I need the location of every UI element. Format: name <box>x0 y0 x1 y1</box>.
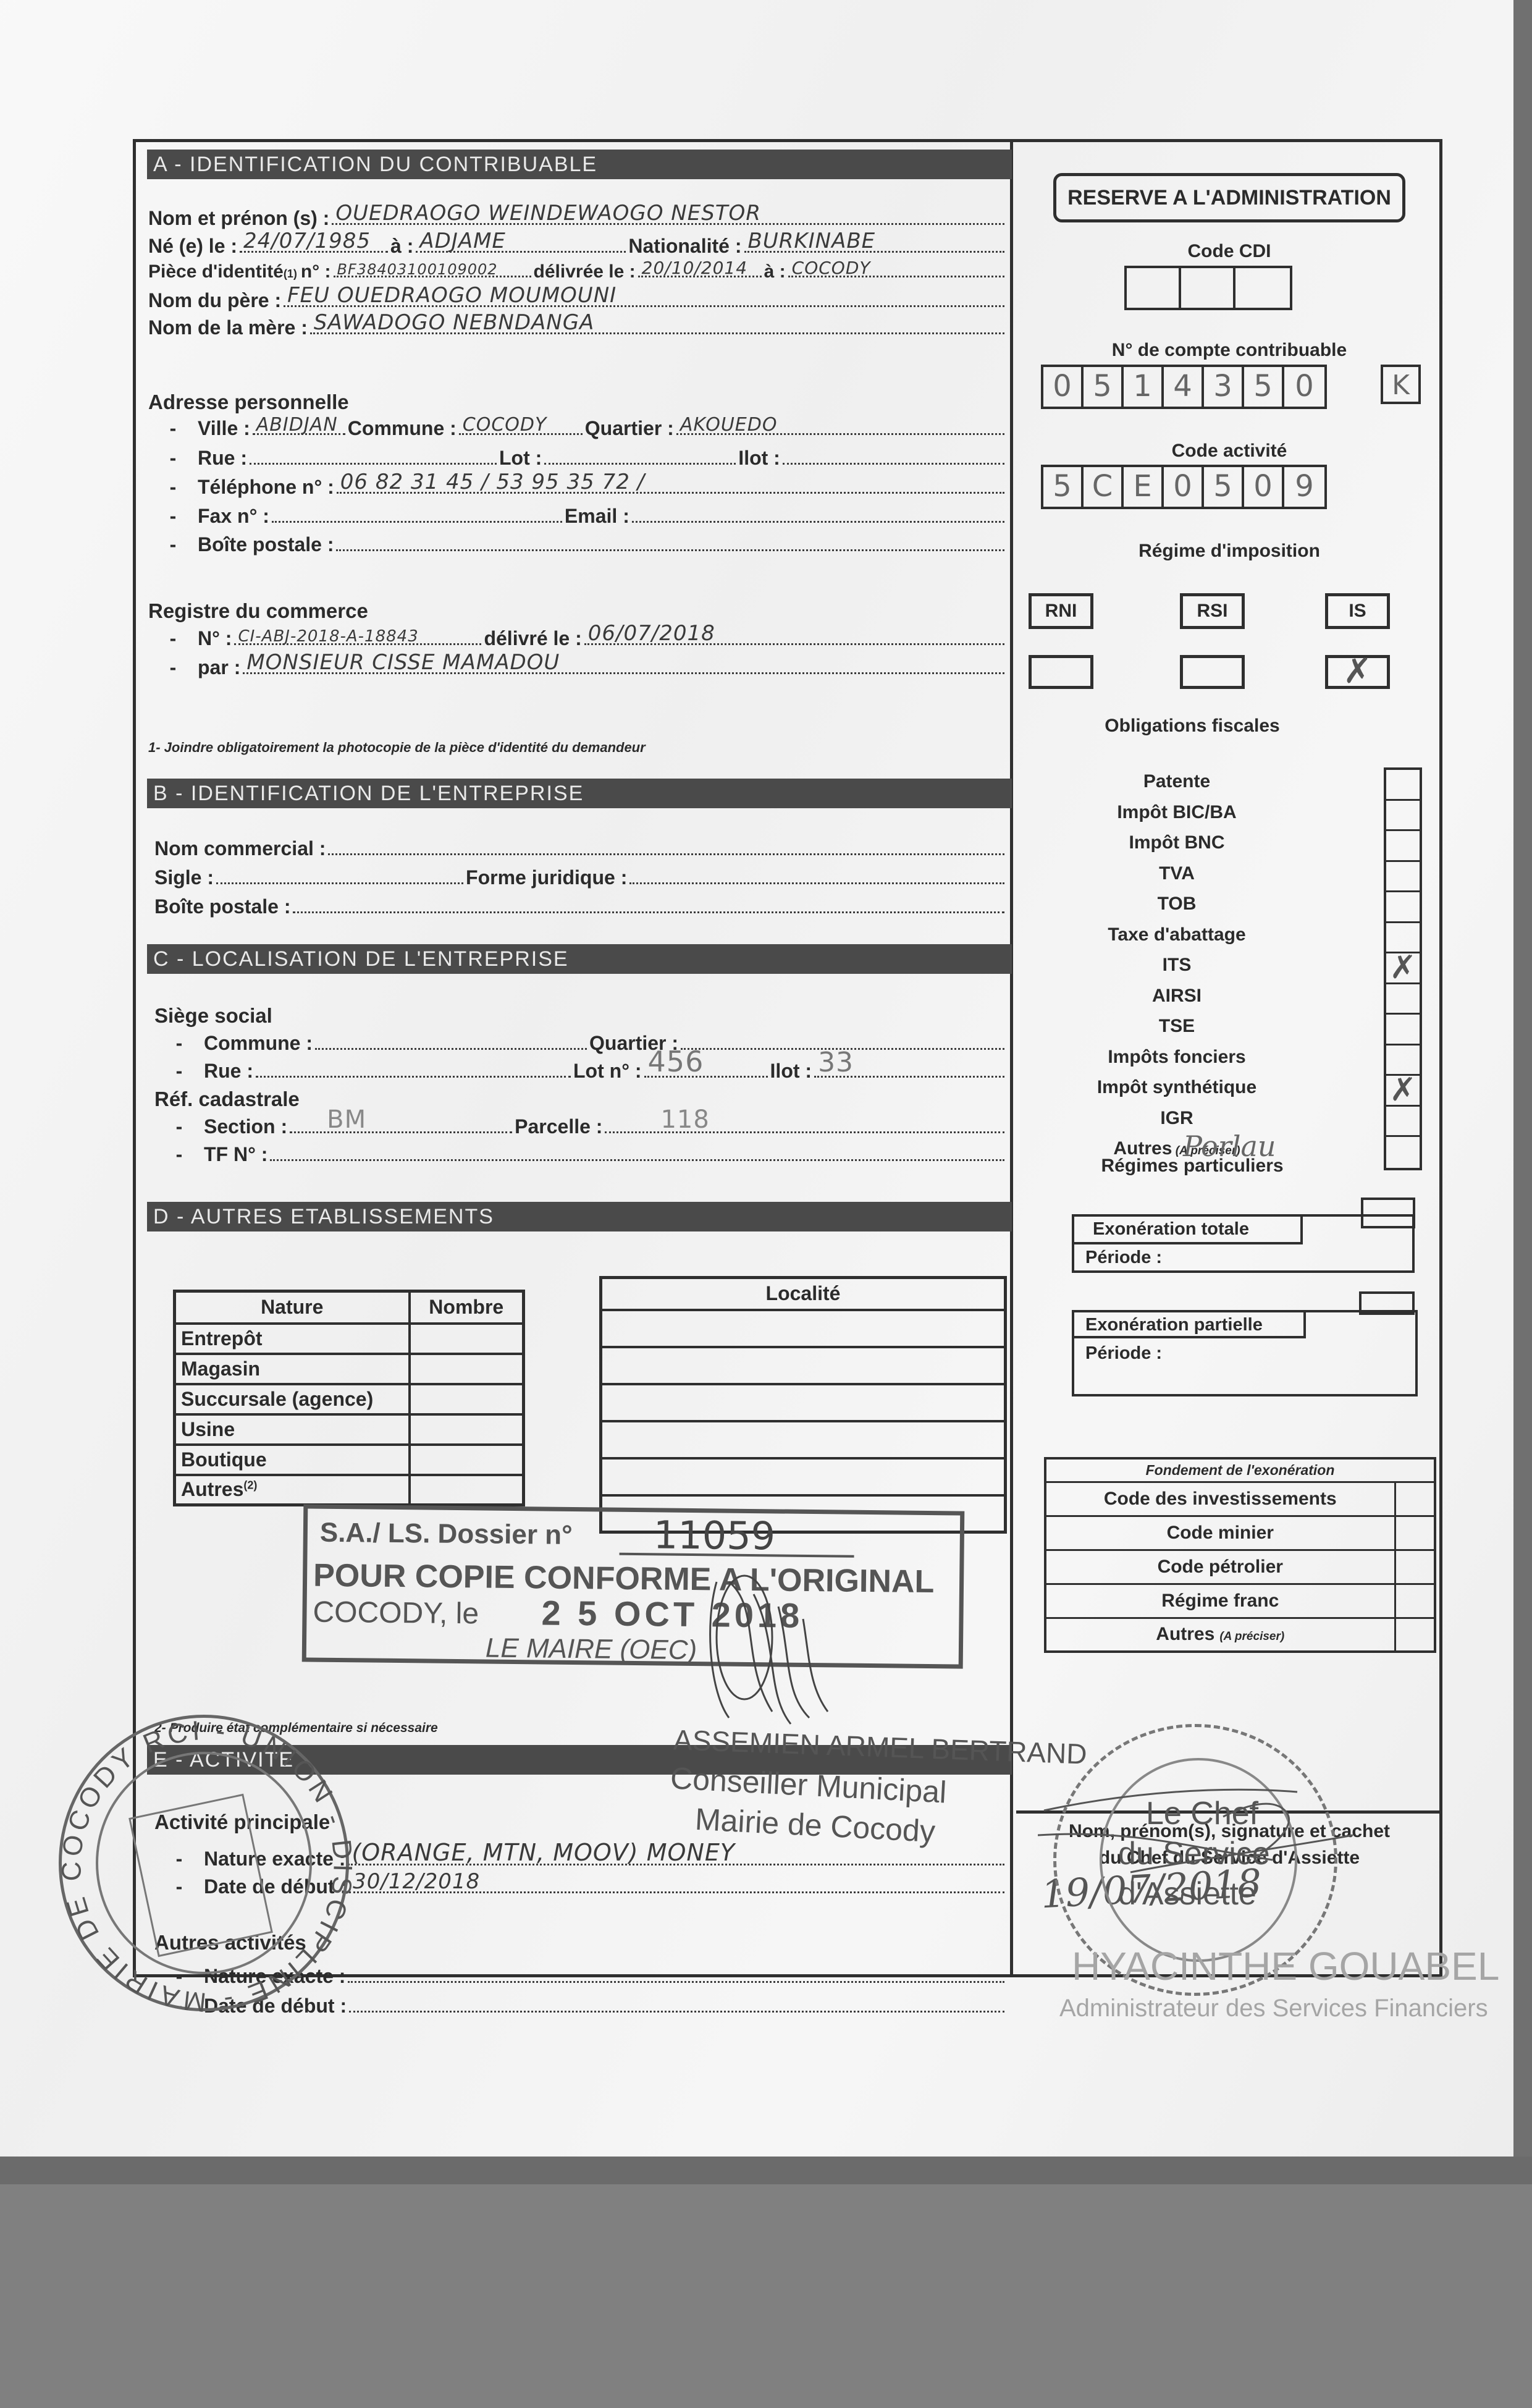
obligation-item: TOB <box>1016 889 1337 919</box>
compte-contribuable-cell[interactable]: 1 <box>1124 367 1164 407</box>
fondement-row: Code pétrolier <box>1045 1550 1435 1584</box>
forme-juridique-input[interactable] <box>629 868 1004 884</box>
compte-contribuable-cell[interactable]: 5 <box>1084 367 1124 407</box>
obligation-checkbox[interactable] <box>1386 1015 1420 1046</box>
nature-cell: Autres(2) <box>175 1475 410 1505</box>
autres-nature-input[interactable] <box>348 1967 1004 1983</box>
obligation-item: Impôts fonciers <box>1016 1042 1337 1073</box>
field-telephone: - Téléphone n° : 06 82 31 45 / 53 95 35 … <box>148 476 1007 499</box>
col-nature: Nature <box>175 1291 410 1324</box>
obligation-checkbox[interactable] <box>1386 892 1420 923</box>
fondement-row: Autres(A préciser) <box>1045 1618 1435 1652</box>
regime-checkbox-rsi[interactable] <box>1180 655 1245 689</box>
nature-cell: Boutique <box>175 1445 410 1475</box>
etablissement-row: Boutique <box>175 1445 524 1475</box>
fax-input[interactable] <box>272 507 562 523</box>
code-activite-cell[interactable]: 9 <box>1284 467 1324 507</box>
obligation-item: ITS <box>1016 950 1337 981</box>
siege-social-heading: Siège social <box>154 1004 272 1028</box>
sigle-input[interactable] <box>216 868 463 884</box>
etablissement-row: Succursale (agence) <box>175 1384 524 1414</box>
nom-pere-input[interactable]: FEU OUEDRAOGO MOUMOUNI <box>284 291 1004 307</box>
localite-row <box>601 1384 1006 1421</box>
localite-cell[interactable] <box>601 1421 1006 1458</box>
exo-totale-checkbox[interactable] <box>1361 1198 1415 1228</box>
obligation-item: TSE <box>1016 1011 1337 1042</box>
obligation-checkbox[interactable]: ✗ <box>1386 1076 1420 1107</box>
localite-row <box>601 1421 1006 1458</box>
localite-row <box>601 1310 1006 1347</box>
field-nom-commercial: Nom commercial : <box>154 837 1007 860</box>
fondement-checkbox[interactable] <box>1395 1584 1435 1618</box>
telephone-input[interactable]: 06 82 31 45 / 53 95 35 72 / <box>337 478 1004 494</box>
administrator-name: HYACINTHE GOUABEL <box>1072 1943 1499 1989</box>
chef-signature <box>1038 1767 1359 1878</box>
code-activite-label: Code activité <box>1016 441 1442 462</box>
email-input[interactable] <box>632 507 1004 523</box>
localite-cell[interactable] <box>601 1384 1006 1421</box>
field-commune-quartier-siege: - Commune : Quartier : <box>154 1032 1007 1055</box>
exo-totale-periode-label: Période : <box>1085 1248 1162 1268</box>
regime-checkbox-rni[interactable] <box>1029 655 1093 689</box>
obligations-list: PatenteImpôt BIC/BAImpôt BNCTVATOBTaxe d… <box>1016 766 1337 1164</box>
field-registre-numero: - N° : CI-ABJ-2018-A-18843 délivré le : … <box>148 627 1007 650</box>
nombre-cell[interactable] <box>410 1475 524 1505</box>
regime-checkbox-is[interactable]: ✗ <box>1325 655 1390 689</box>
compte-contribuable-cell[interactable]: 5 <box>1244 367 1284 407</box>
field-naissance: Né (e) le : 24/07/1985 à : ADJAME Nation… <box>148 235 1007 258</box>
nom-mere-input[interactable]: SAWADOGO NEBNDANGA <box>310 318 1004 334</box>
exo-partielle-box: Exonération partielle Période : <box>1072 1310 1418 1396</box>
etablissement-row: Entrepôt <box>175 1324 524 1354</box>
registre-heading: Registre du commerce <box>148 599 368 623</box>
fondement-checkbox[interactable] <box>1395 1550 1435 1584</box>
nature-exacte-input[interactable]: (ORANGE, MTN, MOOV) MONEY <box>348 1849 1004 1865</box>
field-rue-lot-ilot: - Rue : Lot : Ilot : <box>148 447 1007 470</box>
compte-contribuable-cells: 0514350 <box>1041 365 1327 409</box>
obligation-checkbox[interactable] <box>1386 1107 1420 1138</box>
field-boite-postale: - Boîte postale : <box>148 533 1007 556</box>
obligation-item: TVA <box>1016 858 1337 889</box>
obligation-item: Patente <box>1016 766 1337 797</box>
code-cdi-cells <box>1124 266 1292 310</box>
admin-title: RESERVE A L'ADMINISTRATION <box>1053 173 1405 222</box>
etablissements-table: Nature Nombre EntrepôtMagasinSuccursale … <box>173 1290 525 1506</box>
fondement-title: Fondement de l'exonération <box>1045 1458 1435 1482</box>
field-sigle-forme: Sigle : Forme juridique : <box>154 866 1007 889</box>
nom-prenoms-input[interactable]: OUEDRAOGO WEINDEWAOGO NESTOR <box>332 209 1004 225</box>
nature-cell: Usine <box>175 1414 410 1445</box>
code-activite-cell[interactable]: 0 <box>1244 467 1284 507</box>
field-fax-email: - Fax n° : Email : <box>148 505 1007 528</box>
siege-ilot-input[interactable]: 33 <box>814 1062 1004 1078</box>
ville-input[interactable]: ABIDJAN <box>253 419 345 435</box>
fondement-checkbox[interactable] <box>1395 1516 1435 1550</box>
exo-partielle-label: Exonération partielle <box>1085 1315 1263 1335</box>
exo-partielle-periode-label: Période : <box>1085 1343 1162 1364</box>
regime-label-rsi: RSI <box>1180 593 1245 629</box>
compte-contribuable-cell[interactable]: 0 <box>1284 367 1324 407</box>
scan-shadow-strip <box>0 2157 1532 2184</box>
etablissement-row: Magasin <box>175 1354 524 1384</box>
cadastre-section-input[interactable]: BM <box>290 1117 512 1133</box>
compte-contribuable-cell[interactable]: 0 <box>1043 367 1084 407</box>
nature-cell: Magasin <box>175 1354 410 1384</box>
obligations-label: Obligations fiscales <box>979 716 1405 737</box>
code-cdi-label: Code CDI <box>1016 241 1442 262</box>
field-nom-mere: Nom de la mère : SAWADOGO NEBNDANGA <box>148 316 1007 339</box>
obligation-checkbox[interactable] <box>1386 801 1420 832</box>
etablissement-row: Autres(2) <box>175 1475 524 1505</box>
field-section-parcelle: - Section : BM Parcelle : 118 <box>154 1115 1007 1138</box>
field-tf: - TF N° : <box>154 1143 1007 1166</box>
obligation-item: IGR <box>1016 1103 1337 1134</box>
localite-cell[interactable] <box>601 1347 1006 1384</box>
regime-label-rni: RNI <box>1029 593 1093 629</box>
code-cdi-cell[interactable] <box>1181 268 1235 308</box>
code-activite-cell[interactable]: 5 <box>1204 467 1244 507</box>
fondement-checkbox[interactable] <box>1395 1482 1435 1516</box>
nombre-cell[interactable] <box>410 1414 524 1445</box>
mairie-seal: MAIRIE DE COCODY RCI - UNION - DISCIPLIN… <box>59 1715 349 2011</box>
obligation-item: Impôt BNC <box>1016 827 1337 858</box>
registre-par-input[interactable]: MONSIEUR CISSE MAMADOU <box>243 658 1004 674</box>
code-cdi-cell[interactable] <box>1127 268 1181 308</box>
field-boite-postale-entreprise: Boîte postale : <box>154 895 1007 918</box>
compte-contribuable-label: N° de compte contribuable <box>1016 340 1442 361</box>
localite-cell[interactable] <box>601 1310 1006 1347</box>
compte-key-cell[interactable]: K <box>1381 365 1421 404</box>
obligation-item: Taxe d'abattage <box>1016 919 1337 950</box>
nationalite-input[interactable]: BURKINABE <box>744 237 1005 253</box>
code-activite-cell[interactable]: E <box>1124 467 1164 507</box>
tf-input[interactable] <box>270 1145 1004 1161</box>
nature-cell: Entrepôt <box>175 1324 410 1354</box>
section-d-header: D - AUTRES ETABLISSEMENTS <box>147 1202 1012 1231</box>
fondement-checkbox[interactable] <box>1395 1618 1435 1652</box>
fondement-row: Code minier <box>1045 1516 1435 1550</box>
field-nom-prenoms: Nom et prénon (s) : OUEDRAOGO WEINDEWAOG… <box>148 207 1007 230</box>
code-activite-cell[interactable]: C <box>1084 467 1124 507</box>
obligation-checkbox[interactable] <box>1386 770 1420 801</box>
ne-le-input[interactable]: 24/07/1985 <box>240 237 388 253</box>
boite-postale-input[interactable] <box>336 535 1004 551</box>
field-ville-commune-quartier: - Ville : ABIDJAN Commune : COCODY Quart… <box>148 417 1007 440</box>
ilot-input[interactable] <box>783 449 1004 465</box>
siege-rue-input[interactable] <box>256 1062 571 1078</box>
regime-label: Régime d'imposition <box>1016 541 1442 562</box>
obligation-item: Impôt synthétique <box>1016 1072 1337 1103</box>
fondement-row: Code des investissements <box>1045 1482 1435 1516</box>
field-rue-lot-ilot-siege: - Rue : Lot n° : 456 Ilot : 33 <box>154 1060 1007 1083</box>
commune-input[interactable]: COCODY <box>459 419 583 435</box>
regimes-particuliers-label: Régimes particuliers <box>979 1155 1405 1177</box>
piece-numero-input[interactable]: BF38403100109002 <box>334 261 531 277</box>
administrator-title: Administrateur des Services Financiers <box>1059 1995 1488 2022</box>
footnote-1: 1- Joindre obligatoirement la photocopie… <box>148 740 646 756</box>
nombre-cell[interactable] <box>410 1384 524 1414</box>
nature-cell: Succursale (agence) <box>175 1384 410 1414</box>
ne-a-input[interactable]: ADJAME <box>416 237 626 253</box>
code-activite-cell[interactable]: 5 <box>1043 467 1084 507</box>
compte-contribuable-cell[interactable]: 3 <box>1204 367 1244 407</box>
obligation-checkbox[interactable] <box>1386 862 1420 893</box>
scan-edge <box>1513 0 1532 2158</box>
delivree-a-input[interactable]: COCODY <box>788 261 1004 277</box>
admin-column: RESERVE A L'ADMINISTRATION Code CDI N° d… <box>1016 142 1442 1974</box>
cadastre-heading: Réf. cadastrale <box>154 1088 300 1111</box>
quartier-input[interactable]: AKOUEDO <box>676 419 1004 435</box>
localite-row <box>601 1458 1006 1495</box>
nombre-cell[interactable] <box>410 1445 524 1475</box>
code-activite-cell[interactable]: 0 <box>1164 467 1204 507</box>
etablissement-row: Usine <box>175 1414 524 1445</box>
localite-cell[interactable] <box>601 1458 1006 1495</box>
registre-numero-input[interactable]: CI-ABJ-2018-A-18843 <box>234 629 481 645</box>
fondement-table: Fondement de l'exonérationCode des inves… <box>1044 1457 1436 1653</box>
field-piece-identite: Pièce d'identité (1) n° : BF384031001090… <box>148 261 1007 282</box>
obligation-checkbox[interactable] <box>1386 831 1420 862</box>
adresse-heading: Adresse personnelle <box>148 391 349 414</box>
exo-totale-label: Exonération totale <box>1093 1219 1249 1240</box>
section-a-header: A - IDENTIFICATION DU CONTRIBUABLE <box>147 150 1012 179</box>
obligations-checkboxes: ✗✗ <box>1384 767 1422 1170</box>
localite-table: Localité <box>599 1276 1007 1534</box>
lot-input[interactable] <box>544 449 736 465</box>
dossier-number: 11059 <box>653 1512 775 1558</box>
col-nombre: Nombre <box>410 1291 524 1324</box>
cadastre-parcelle-input[interactable]: 118 <box>605 1117 1004 1133</box>
obligation-checkbox[interactable]: ✗ <box>1386 953 1420 984</box>
date-debut-input[interactable]: 30/12/2018 <box>349 1877 1004 1893</box>
nom-commercial-input[interactable] <box>328 839 1004 855</box>
rue-input[interactable] <box>250 449 497 465</box>
section-b-header: B - IDENTIFICATION DE L'ENTREPRISE <box>147 779 1012 808</box>
code-activite-cells: 5CE0509 <box>1041 465 1327 509</box>
autres-date-input[interactable] <box>349 1996 1004 2013</box>
siege-lot-input[interactable]: 456 <box>644 1062 768 1078</box>
delivree-le-input[interactable]: 20/10/2014 <box>638 261 762 277</box>
obligation-checkbox[interactable] <box>1386 984 1420 1015</box>
col-localite: Localité <box>601 1278 1006 1310</box>
obligation-item: Impôt BIC/BA <box>1016 797 1337 828</box>
compte-contribuable-cell[interactable]: 4 <box>1164 367 1204 407</box>
nombre-cell[interactable] <box>410 1324 524 1354</box>
nombre-cell[interactable] <box>410 1354 524 1384</box>
field-registre-par: - par : MONSIEUR CISSE MAMADOU <box>148 656 1007 679</box>
section-c-header: C - LOCALISATION DE L'ENTREPRISE <box>147 944 1012 974</box>
field-nom-pere: Nom du père : FEU OUEDRAOGO MOUMOUNI <box>148 289 1007 312</box>
boite-postale-entreprise-input[interactable] <box>293 897 1004 913</box>
mayor-signature <box>692 1569 927 1730</box>
exo-partielle-checkbox[interactable] <box>1359 1291 1415 1315</box>
registre-date-input[interactable]: 06/07/2018 <box>584 629 1004 645</box>
localite-row <box>601 1347 1006 1384</box>
code-cdi-cell[interactable] <box>1235 268 1290 308</box>
fondement-row: Régime franc <box>1045 1584 1435 1618</box>
obligation-item: AIRSI <box>1016 981 1337 1012</box>
regime-label-is: IS <box>1325 593 1390 629</box>
siege-commune-input[interactable] <box>315 1034 587 1050</box>
